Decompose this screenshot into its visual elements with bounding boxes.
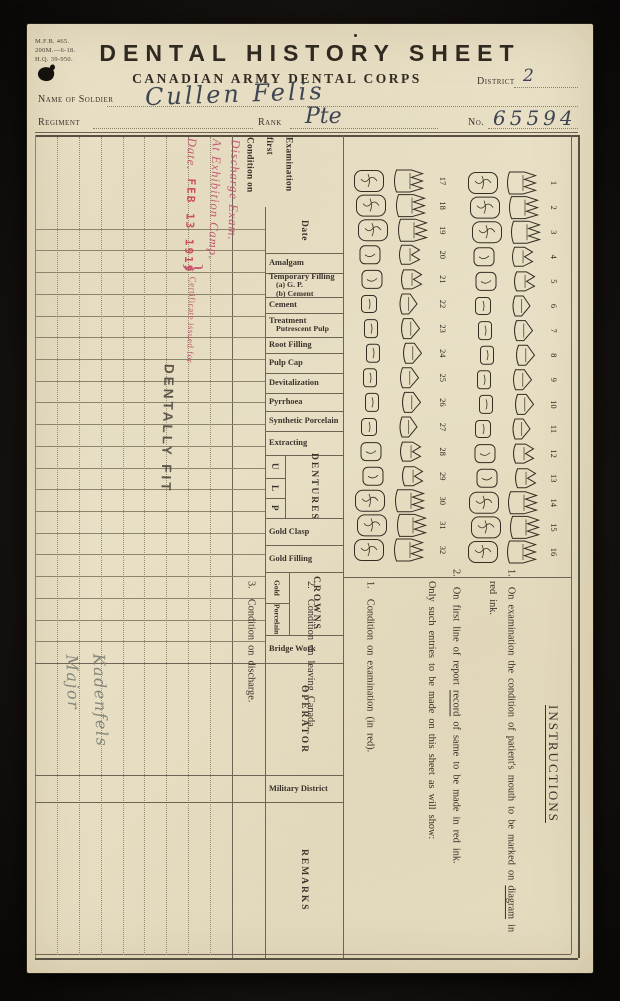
row-label-line: Gold Filling (269, 554, 312, 563)
instruction-text: On first line of report (451, 587, 462, 690)
table-rule (35, 958, 578, 960)
tooth-fissure (482, 477, 492, 480)
header-rule-top (35, 132, 578, 133)
tooth-number-31: 31 (438, 521, 448, 530)
table-subrow-u-header: U (265, 455, 285, 478)
instruction-sub-item: 2. Condition on leaving Canada. (300, 581, 357, 947)
tooth-occlusal-6 (476, 298, 491, 315)
tooth-number-18: 18 (438, 201, 448, 210)
scanned-document: M.F.B. 465. 200M.—6-18. H.Q. 39-950. DEN… (0, 0, 620, 1001)
row-label-line: Amalgam (269, 258, 304, 267)
tooth-number-20: 20 (438, 251, 448, 259)
tooth-facial-16 (508, 541, 536, 563)
tooth-number-29: 29 (438, 472, 448, 481)
table-rule (285, 455, 286, 518)
table-rule (35, 511, 265, 512)
tooth-fissure (484, 375, 485, 385)
tooth-occlusal-10 (480, 395, 493, 413)
table-row-pyrrhoea-header: Pyrrhoea (269, 393, 303, 411)
tooth-number-4: 4 (549, 255, 559, 260)
rank-label: Rank (258, 117, 282, 128)
tooth-fissure (479, 256, 489, 259)
regiment-label: Regiment (38, 117, 80, 128)
table-row-gold_filling-header: Gold Filling (269, 545, 312, 572)
instruction-item: 2. On first line of report record of sam… (446, 581, 477, 947)
tooth-occlusal-12 (475, 445, 495, 463)
table-row-gold_clasp-header: Gold Clasp (269, 518, 309, 545)
tooth-number-28: 28 (438, 447, 448, 456)
row-label-line: Pulp Cap (269, 358, 303, 367)
tooth-occlusal-22 (362, 296, 377, 313)
number-label: No. (468, 117, 484, 128)
tooth-facial-31 (398, 514, 426, 536)
tooth-occlusal-30 (356, 490, 385, 511)
tooth-fissure (369, 422, 370, 432)
table-row-condition-header: Condition on firstExamination (239, 137, 298, 207)
tooth-fissure (373, 348, 374, 358)
tooth-number-15: 15 (549, 523, 559, 532)
date-stamp-value: FEB 13 1919 (182, 178, 198, 273)
district-leader-line (514, 87, 578, 88)
tooth-number-1: 1 (549, 181, 559, 185)
row-label-line: Cement (269, 300, 297, 309)
district-label: District (477, 76, 515, 87)
tooth-facial-12 (514, 444, 534, 463)
district-value: 2 (523, 66, 534, 86)
tooth-fissure (486, 399, 487, 409)
tooth-number-3: 3 (549, 230, 559, 234)
tooth-fissure (475, 545, 491, 558)
tooth-facial-30 (396, 490, 424, 512)
row-label-line: Pyrrhoea (269, 397, 303, 406)
tooth-fissure (362, 494, 378, 507)
tooth-facial-32 (395, 539, 423, 561)
tooth-number-17: 17 (438, 177, 448, 186)
tooth-number-9: 9 (549, 378, 559, 382)
tooth-occlusal-4 (474, 248, 494, 266)
tooth-occlusal-31 (358, 515, 387, 536)
tooth-facial-1 (508, 172, 536, 194)
table-row-pulp_cap-header: Pulp Cap (269, 353, 303, 373)
tooth-fissure (485, 326, 486, 336)
tooth-fissure (365, 223, 381, 236)
table-row-temporary-header: Temporary Filling(a) G. P.(b) Cement (269, 273, 335, 297)
tooth-facial-18 (397, 195, 425, 217)
tooth-occlusal-3 (473, 222, 502, 243)
table-rule (578, 135, 580, 958)
table-row-cement-header: Cement (269, 297, 297, 313)
tooth-occlusal-9 (478, 371, 491, 389)
soldier-name-label: Name of Soldier (38, 94, 113, 105)
grid-column-line (57, 137, 58, 955)
row-label-line: Examination (278, 137, 298, 207)
tooth-number-16: 16 (549, 548, 559, 557)
tooth-number-27: 27 (438, 423, 448, 432)
instruction-number: 2. (451, 569, 462, 587)
grid-column-line (101, 137, 102, 955)
instructions-panel: INSTRUCTIONS1. On examination the condit… (349, 581, 569, 947)
tooth-number-24: 24 (438, 349, 448, 358)
table-rule (35, 620, 265, 621)
instruction-sub-item: 3. Condition on discharge. (241, 581, 298, 947)
grid-column-line (144, 137, 145, 955)
instruction-text: of same to be made in red ink. (451, 716, 462, 863)
tooth-number-25: 25 (438, 374, 448, 383)
tooth-fissure (361, 174, 377, 187)
tooth-occlusal-21 (362, 270, 382, 288)
regiment-leader-line (93, 128, 253, 129)
row-label-line: Extracting (269, 438, 307, 447)
table-row-extracting-header: Extracting (269, 431, 307, 455)
tooth-occlusal-28 (361, 443, 381, 461)
tooth-facial-5 (515, 272, 535, 291)
table-rule (35, 135, 36, 958)
tooth-fissure (478, 520, 494, 533)
row-label-line: Putrescent Pulp (269, 325, 329, 334)
tooth-facial-21 (402, 270, 422, 289)
discharge-exam-stamp: Discharge Exam. At Exhibition Camp. Date… (141, 136, 244, 469)
tooth-occlusal-2 (471, 197, 500, 218)
dentally-fit-stamp: DENTALLY FIT (158, 364, 176, 494)
tooth-number-2: 2 (549, 205, 559, 209)
ink-speck (354, 34, 357, 37)
underlined-word: record (451, 690, 462, 716)
tooth-occlusal-29 (363, 467, 383, 485)
tooth-fissure (483, 424, 484, 434)
tooth-fissure (480, 453, 490, 456)
instruction-item: 1. On examination the condition of patie… (483, 581, 532, 947)
tooth-number-19: 19 (438, 226, 448, 235)
operator-signature: Kadenfels Major (58, 653, 118, 825)
tooth-fissure (369, 299, 370, 309)
regimental-number-value: 65594 (493, 106, 577, 130)
tooth-fissure (475, 176, 491, 189)
tooth-occlusal-15 (472, 517, 501, 538)
tooth-facial-13 (516, 469, 536, 488)
tooth-fissure (476, 496, 492, 509)
tooth-number-32: 32 (438, 546, 448, 555)
row-label-line: Root Filling (269, 340, 312, 349)
tooth-number-21: 21 (438, 275, 448, 284)
row-label-line: Gold Clasp (269, 527, 309, 536)
tooth-facial-17 (395, 170, 423, 192)
rank-value: Pte (305, 104, 342, 129)
tooth-occlusal-18 (357, 195, 386, 216)
table-row-dentures-header: DENTURES (285, 455, 343, 518)
tooth-fissure (481, 280, 491, 283)
tooth-facial-2 (510, 197, 538, 219)
tooth-occlusal-14 (470, 492, 499, 513)
tooth-occlusal-8 (481, 346, 494, 364)
table-row-devitalization-header: Devitalization (269, 373, 319, 393)
tooth-occlusal-13 (477, 469, 497, 487)
tooth-number-6: 6 (549, 304, 559, 308)
table-rule (35, 576, 265, 577)
tooth-occlusal-1 (469, 173, 498, 194)
instruction-number: 1. (506, 569, 517, 587)
grid-column-line (79, 137, 80, 955)
certificate-issued-stamp: } Certificate issued for (180, 262, 203, 364)
stamp-date-label: Date. (184, 138, 199, 171)
row-label-line: Synthetic Porcelain (269, 416, 338, 425)
stamp-bracket: } (180, 262, 206, 275)
tooth-number-8: 8 (549, 353, 559, 357)
table-rule (35, 598, 265, 599)
tooth-occlusal-24 (367, 344, 380, 362)
tooth-fissure (363, 199, 379, 212)
table-subrow-p-header: P (265, 498, 285, 518)
row-label-line: Condition on first (239, 137, 278, 207)
tooth-fissure (364, 518, 380, 531)
table-row-root_filling-header: Root Filling (269, 337, 312, 353)
table-row-synthetic_porcelain-header: Synthetic Porcelain (269, 411, 338, 431)
tooth-fissure (370, 373, 371, 383)
tooth-occlusal-25 (364, 369, 377, 387)
page-title: DENTAL HISTORY SHEET (27, 40, 593, 67)
tooth-fissure (367, 278, 377, 281)
grid-column-line (123, 137, 124, 955)
table-rule (35, 641, 265, 642)
tooth-number-7: 7 (549, 328, 559, 332)
tooth-number-23: 23 (438, 324, 448, 333)
table-row-amalgam-header: Amalgam (269, 253, 304, 273)
tooth-occlusal-7 (479, 322, 492, 340)
tooth-fissure (479, 225, 495, 238)
table-rule (35, 489, 265, 490)
tooth-fissure (366, 451, 376, 454)
tooth-occlusal-23 (365, 320, 378, 338)
tooth-occlusal-16 (469, 542, 498, 563)
tooth-fissure (483, 301, 484, 311)
tooth-number-13: 13 (549, 474, 559, 483)
tooth-occlusal-19 (359, 220, 388, 241)
certificate-text: Certificate issued for (185, 277, 198, 364)
tooth-occlusal-27 (362, 419, 377, 436)
tooth-occlusal-20 (360, 246, 380, 264)
tooth-occlusal-32 (355, 540, 384, 561)
tooth-fissure (372, 397, 373, 407)
instructions-note: Only such entries to be made on this she… (421, 581, 440, 947)
tooth-fissure (487, 350, 488, 360)
tooth-number-14: 14 (549, 499, 559, 508)
instruction-text: On examination the condition of patient'… (506, 587, 517, 885)
row-label-line: Devitalization (269, 378, 319, 387)
tooth-fissure (361, 543, 377, 556)
instructions-title: INSTRUCTIONS (542, 581, 565, 947)
tooth-number-30: 30 (438, 497, 448, 506)
tooth-facial-4 (513, 247, 533, 266)
tooth-number-22: 22 (438, 300, 448, 309)
dental-history-sheet: M.F.B. 465. 200M.—6-18. H.Q. 39-950. DEN… (27, 24, 593, 973)
tooth-facial-3 (512, 221, 540, 243)
tooth-number-26: 26 (438, 398, 448, 407)
tooth-occlusal-11 (476, 421, 491, 438)
tooth-facial-19 (399, 219, 427, 241)
tooth-number-10: 10 (549, 400, 559, 409)
tooth-fissure (371, 324, 372, 334)
tooth-fissure (477, 201, 493, 214)
tooth-facial-20 (400, 245, 420, 264)
tooth-occlusal-26 (366, 393, 379, 411)
tooth-diagram: 1718192021222324252627282930313212345678… (343, 135, 578, 577)
tooth-facial-14 (509, 492, 537, 514)
instruction-sub-item: 1. Condition on examination (in red). (360, 581, 417, 947)
tooth-fissure (368, 475, 378, 478)
tooth-occlusal-17 (355, 171, 384, 192)
tooth-occlusal-5 (476, 272, 496, 290)
table-row-treatment-header: TreatmentPutrescent Pulp (269, 313, 329, 337)
table-subrow-l-header: L (265, 478, 285, 498)
tooth-facial-29 (403, 467, 423, 486)
tooth-number-12: 12 (549, 449, 559, 458)
tooth-number-5: 5 (549, 279, 559, 283)
table-row-date-header: Date (265, 207, 343, 253)
underlined-word: diagram (506, 885, 517, 919)
tooth-facial-28 (401, 442, 421, 461)
tooth-fissure (365, 254, 375, 257)
table-rule (35, 533, 265, 534)
table-rule (35, 554, 265, 555)
tooth-facial-15 (511, 516, 539, 538)
tooth-number-11: 11 (549, 425, 559, 433)
